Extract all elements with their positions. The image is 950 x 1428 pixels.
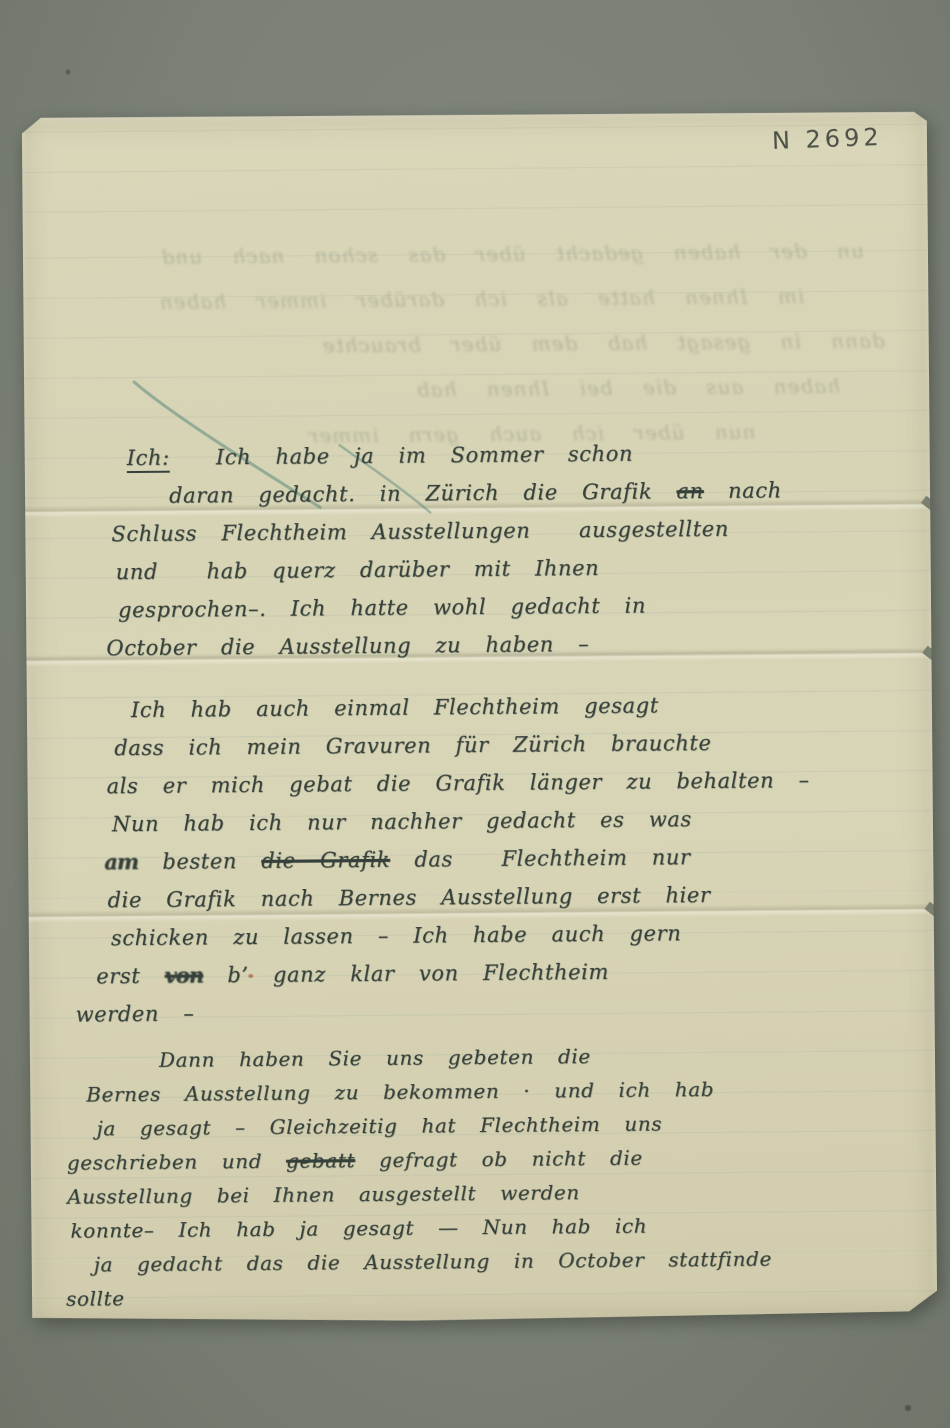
manuscript-line: October die Ausstellung zu haben – (60, 622, 913, 667)
manuscript-segment: und hab querz darüber mit Ihnen (116, 556, 600, 584)
underlined-word: Ich: (127, 446, 170, 473)
manuscript-segment: sollte (66, 1286, 125, 1311)
manuscript-line: als er mich gebat die Grafik länger zu b… (61, 760, 914, 805)
struck-word: die Grafik (261, 848, 390, 873)
manuscript-segment: schicken zu lassen – Ich habe auch gern (111, 921, 682, 950)
manuscript-segment: das Flechtheim nur (390, 845, 691, 872)
manuscript-segment: am (104, 849, 138, 874)
manuscript-segment: Bernes Ausstellung zu bekommen · und ich… (86, 1077, 714, 1106)
bleedthrough-line: un der haben gedacht über das schon nach… (69, 228, 894, 280)
manuscript-segment: erst (96, 964, 165, 989)
manuscript-text: Ich:Ich habe ja im Sommer schondaran ged… (59, 432, 920, 1315)
manuscript-paragraph: Ich:Ich habe ja im Sommer schondaran ged… (59, 432, 914, 667)
manuscript-paragraph: Ich hab auch einmal Flechtheim gesagtdas… (61, 684, 917, 1033)
manuscript-photo: N 2692 un der haben gedacht über das sch… (0, 0, 950, 1428)
manuscript-segment: besten (138, 849, 261, 874)
manuscript-segment: Ich hab auch einmal Flechtheim gesagt (131, 693, 659, 722)
manuscript-segment: dass ich mein Gravuren für Zürich brauch… (114, 731, 711, 760)
bleedthrough-line: im Ihnen hatte als ich darüber immer hab… (69, 273, 894, 325)
manuscript-segment: Schluss Flechtheim Ausstellungen ausgest… (111, 517, 729, 546)
manuscript-paragraph: Dann haben Sie uns gebeten dieBernes Aus… (64, 1036, 919, 1315)
manuscript-segment: daran gedacht. in Zürich die Grafik (169, 479, 677, 507)
bleedthrough-line: dann in gesagt hab dem über brauchte (70, 318, 895, 370)
struck-word: gebatt (286, 1148, 355, 1173)
manuscript-segment: b’ ganz klar von Flechtheim (203, 960, 609, 988)
manuscript-segment: als er mich gebat die Grafik länger zu b… (106, 768, 809, 798)
paper-sheet: N 2692 un der haben gedacht über das sch… (22, 110, 937, 1324)
manuscript-segment: Ausstellung bei Ihnen ausgestellt werden (67, 1180, 580, 1208)
manuscript-segment: gefragt ob nicht die (355, 1146, 643, 1173)
manuscript-segment: werden – (75, 1001, 194, 1026)
manuscript-segment: ja gedacht das die Ausstellung in Octobe… (94, 1246, 772, 1276)
struck-word: an (676, 479, 703, 503)
paper-sheet-wrap: N 2692 un der haben gedacht über das sch… (22, 110, 937, 1324)
manuscript-segment: gesprochen–. Ich hatte wohl gedacht in (118, 594, 646, 623)
manuscript-segment: ja gesagt – Gleichzeitig hat Flechtheim … (96, 1111, 662, 1140)
manuscript-segment: Nun hab ich nur nachher gedacht es was (112, 807, 692, 836)
manuscript-segment: October die Ausstellung zu haben – (106, 632, 589, 660)
manuscript-segment: Ich habe ja im Sommer schon (216, 442, 633, 470)
catalog-number: N 2692 (772, 123, 884, 155)
bleedthrough-line: haben aus die bei Ihnen hab (70, 363, 895, 415)
manuscript-segment: Dann haben Sie uns gebeten die (159, 1044, 591, 1072)
manuscript-segment: konnte– Ich hab ja gesagt — Nun hab ich (70, 1214, 647, 1243)
manuscript-segment: die Grafik nach Bernes Ausstellung erst … (107, 883, 710, 912)
manuscript-segment: geschrieben und (67, 1149, 286, 1175)
bleedthrough: un der haben gedacht über das schon nach… (69, 228, 896, 460)
struck-word: von (164, 962, 203, 987)
manuscript-line: werden – (63, 988, 916, 1033)
manuscript-segment: nach (704, 478, 782, 503)
